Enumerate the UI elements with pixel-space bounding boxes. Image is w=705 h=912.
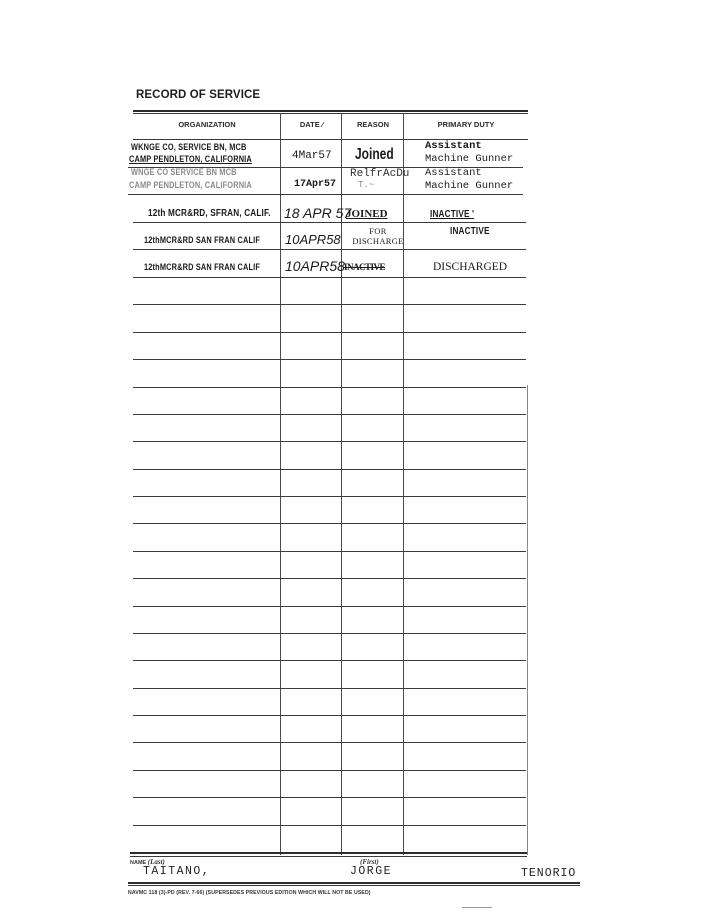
row3-reason: JOINED [346, 208, 388, 220]
middle-name-value: TENORIO [521, 867, 576, 880]
row1-organization-line2: CAMP PENDLETON, CALIFORNIA [129, 154, 252, 164]
row2-reason-line1: RelfrAcDu [350, 168, 409, 180]
column-divider-duty [403, 113, 404, 855]
row3-duty: INACTIVE ' [430, 209, 474, 220]
row1-organization-line1: WKNGE CO, SERVICE BN, MCB [131, 142, 246, 152]
empty-row-rule [133, 523, 526, 524]
empty-row-rule [133, 660, 526, 661]
first-name-value: JORGE [350, 865, 392, 878]
empty-row-rule [133, 797, 526, 798]
last-name-value: TAITANO, [143, 865, 210, 878]
row2-duty-line1: Assistant [425, 167, 482, 179]
empty-row-rule [133, 332, 526, 333]
row4-date: 10APR58 [285, 232, 341, 247]
column-header-date: DATE ⁄ [281, 120, 342, 129]
row2-date: 17Apr57 [294, 179, 336, 190]
name-bottom-rule-inner [128, 885, 580, 886]
column-divider-date [280, 113, 281, 855]
name-bottom-rule [128, 882, 580, 884]
row2-reason-line2: T.~ [358, 180, 374, 190]
row3-organization: 12th MCR&RD, SFRAN, CALIF. [148, 208, 271, 219]
empty-row-rule [133, 469, 526, 470]
empty-row-rule [133, 304, 526, 305]
row4-reason-line1: FOR [346, 226, 410, 236]
empty-row-rule [133, 414, 526, 415]
row2-organization-line2: CAMP PENDLETON, CALIFORNIA [129, 180, 252, 190]
empty-row-rule [133, 688, 526, 689]
table-top-rule [133, 110, 528, 112]
empty-row-rule [133, 496, 526, 497]
empty-row-rule [133, 441, 526, 442]
row3-date: 18 APR 57 [284, 205, 351, 221]
row-rule [133, 249, 526, 250]
row4-reason-line2: DISCHARGE [346, 236, 410, 246]
row2-organization-line1: WNGE CO SERVICE BN MCB [131, 167, 237, 177]
empty-row-rule [133, 633, 526, 634]
column-header-primary-duty: PRIMARY DUTY [404, 120, 528, 129]
row-rule [128, 194, 523, 195]
empty-row-rule [133, 715, 526, 716]
row5-duty: DISCHARGED [433, 261, 507, 273]
table-right-border [527, 385, 528, 855]
column-divider-reason [341, 113, 342, 855]
empty-row-rule [133, 770, 526, 771]
column-header-reason: REASON [342, 120, 404, 129]
column-header-organization: ORGANIZATION [133, 120, 281, 129]
row5-date: 10APR58 [285, 258, 345, 274]
empty-row-rule [133, 606, 526, 607]
row5-reason: INACTIVE [344, 262, 385, 272]
row1-date: 4Mar57 [292, 150, 332, 162]
table-top-rule-inner [133, 113, 528, 114]
row-rule [133, 277, 526, 278]
row2-duty-line2: Machine Gunner [425, 180, 513, 192]
row5-organization: 12thMCR&RD SAN FRAN CALIF [144, 262, 260, 272]
form-footer-id: NAVMC 118 (3)-PD (REV. 7-66) (SUPERSEDES… [128, 890, 371, 896]
empty-row-rule [133, 742, 526, 743]
empty-row-rule [133, 359, 526, 360]
row-rule [133, 222, 526, 223]
table-bottom-rule [130, 852, 527, 854]
row4-organization: 12thMCR&RD SAN FRAN CALIF [144, 235, 260, 245]
footer-mark [462, 907, 492, 908]
row1-duty-line1: Assistant [425, 140, 482, 152]
row1-duty-line2: Machine Gunner [425, 153, 513, 165]
empty-row-rule [133, 825, 526, 826]
row4-duty: INACTIVE [450, 226, 490, 237]
table-bottom-rule-inner [130, 856, 527, 857]
row1-reason: Joined [355, 146, 394, 164]
form-title: RECORD OF SERVICE [136, 89, 260, 101]
empty-row-rule [133, 551, 526, 552]
empty-row-rule [133, 578, 526, 579]
empty-row-rule [133, 387, 526, 388]
